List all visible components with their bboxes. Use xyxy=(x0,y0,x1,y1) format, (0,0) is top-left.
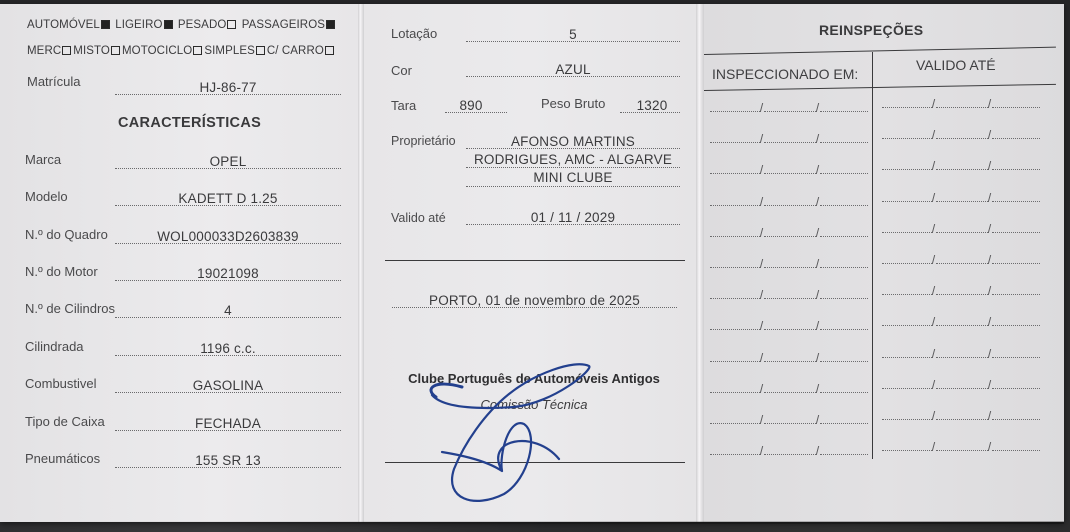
inspeccionado-em-field[interactable] xyxy=(710,100,868,112)
checkbox-automovel[interactable] xyxy=(101,20,110,29)
valido-ate-field[interactable] xyxy=(882,314,1040,326)
n-de-cilindros-label: N.º de Cilindros xyxy=(25,301,115,316)
checkbox-merc[interactable] xyxy=(62,46,71,55)
proprietario-value-line-3[interactable]: MINI CLUBE xyxy=(466,170,680,185)
checkbox-misto[interactable] xyxy=(111,46,120,55)
valido-ate-field[interactable] xyxy=(882,283,1040,295)
place-date[interactable]: PORTO, 01 de novembro de 2025 xyxy=(392,293,677,308)
checkbox-motociclo[interactable] xyxy=(193,46,202,55)
category-row-1: AUTOMÓVEL LIGEIRO PESADO PASSAGEIROS xyxy=(27,19,337,31)
valido-ate-field[interactable] xyxy=(882,127,1040,139)
table-top-line xyxy=(704,47,1056,55)
category-label: PESADO xyxy=(178,19,227,31)
valido-ate-value[interactable]: 01 / 11 / 2029 xyxy=(466,210,680,225)
n-do-quadro-value[interactable]: WOL000033D2603839 xyxy=(115,229,341,244)
vehicle-card: AUTOMÓVEL LIGEIRO PESADO PASSAGEIROS MER… xyxy=(0,4,1064,522)
n-de-cilindros-value[interactable]: 4 xyxy=(115,303,341,318)
valido-ate-field[interactable] xyxy=(882,346,1040,358)
valido-ate-field[interactable] xyxy=(882,158,1040,170)
inspeccionado-em-field[interactable] xyxy=(710,443,868,455)
matricula-label: Matrícula xyxy=(27,74,80,89)
valido-ate-field[interactable] xyxy=(882,252,1040,264)
inspeccionado-em-field[interactable] xyxy=(710,412,868,424)
left-panel: AUTOMÓVEL LIGEIRO PESADO PASSAGEIROS MER… xyxy=(0,4,358,522)
combustivel-value[interactable]: GASOLINA xyxy=(115,378,341,393)
reinspecoes-title: REINSPEÇÕES xyxy=(819,22,923,38)
lotacao-value[interactable]: 5 xyxy=(466,27,680,42)
proprietario-line-2 xyxy=(466,167,680,168)
peso-bruto-value[interactable]: 1320 xyxy=(622,98,682,113)
checkbox-ligeiro[interactable] xyxy=(164,20,173,29)
valido-ate-field[interactable] xyxy=(882,221,1040,233)
valido-ate-field[interactable] xyxy=(882,377,1040,389)
inspeccionado-em-field[interactable] xyxy=(710,194,868,206)
inspeccionado-em-field[interactable] xyxy=(710,350,868,362)
valido-ate-field[interactable] xyxy=(882,439,1040,451)
n-do-quadro-label: N.º do Quadro xyxy=(25,227,108,242)
tara-value[interactable]: 890 xyxy=(445,98,497,113)
middle-panel: Lotação 5 Cor AZUL Tara 890 Peso Bruto 1… xyxy=(364,4,694,522)
category-label: PASSAGEIROS xyxy=(242,19,325,31)
modelo-label: Modelo xyxy=(25,189,68,204)
pneuma-ticos-value[interactable]: 155 SR 13 xyxy=(115,453,341,468)
tipo-de-caixa-label: Tipo de Caixa xyxy=(25,414,105,429)
valido-ate-field[interactable] xyxy=(882,96,1040,108)
proprietario-line-3 xyxy=(466,186,680,187)
lotacao-label: Lotação xyxy=(391,26,437,41)
category-label: LIGEIRO xyxy=(115,19,162,31)
table-column-divider xyxy=(872,52,873,459)
pneuma-ticos-label: Pneumáticos xyxy=(25,451,100,466)
category-label: AUTOMÓVEL xyxy=(27,19,100,31)
fold-crease xyxy=(696,4,704,522)
category-label: C/ CARRO xyxy=(267,45,324,57)
cilindrada-value[interactable]: 1196 c.c. xyxy=(115,341,341,356)
signature-icon xyxy=(424,359,624,509)
inspeccionado-em-field[interactable] xyxy=(710,256,868,268)
modelo-value[interactable]: KADETT D 1.25 xyxy=(115,191,341,206)
tara-label: Tara xyxy=(391,98,416,113)
column-header-inspeccionado: INSPECCIONADO EM: xyxy=(712,66,858,82)
column-header-valido-ate: VALIDO ATÉ xyxy=(916,57,996,73)
category-label: SIMPLES xyxy=(204,45,255,57)
inspeccionado-em-field[interactable] xyxy=(710,131,868,143)
valido-ate-label: Valido até xyxy=(391,211,446,225)
inspeccionado-em-field[interactable] xyxy=(710,381,868,393)
inspeccionado-em-field[interactable] xyxy=(710,225,868,237)
checkbox-pesado[interactable] xyxy=(227,20,236,29)
combustivel-label: Combustivel xyxy=(25,376,97,391)
checkbox-simples[interactable] xyxy=(256,46,265,55)
proprietario-label: Proprietário xyxy=(391,134,456,148)
marca-label: Marca xyxy=(25,152,61,167)
category-label: MOTOCICLO xyxy=(122,45,192,57)
separator-line xyxy=(385,260,685,261)
proprietario-value-line-2[interactable]: RODRIGUES, AMC - ALGARVE xyxy=(466,152,680,167)
cor-label: Cor xyxy=(391,63,412,78)
matricula-value[interactable]: HJ-86-77 xyxy=(115,80,341,95)
n-do-motor-value[interactable]: 19021098 xyxy=(115,266,341,281)
table-header-line xyxy=(704,84,1056,91)
cilindrada-label: Cilindrada xyxy=(25,339,84,354)
valido-ate-field[interactable] xyxy=(882,408,1040,420)
right-panel: REINSPEÇÕES INSPECCIONADO EM: VALIDO ATÉ xyxy=(704,4,1064,522)
valido-ate-field[interactable] xyxy=(882,190,1040,202)
n-do-motor-label: N.º do Motor xyxy=(25,264,98,279)
cor-value[interactable]: AZUL xyxy=(466,62,680,77)
checkbox-passageiros[interactable] xyxy=(326,20,335,29)
tipo-de-caixa-value[interactable]: FECHADA xyxy=(115,416,341,431)
inspeccionado-em-field[interactable] xyxy=(710,162,868,174)
proprietario-value-line-1[interactable]: AFONSO MARTINS xyxy=(466,134,680,149)
peso-bruto-label: Peso Bruto xyxy=(541,96,605,111)
category-label: MERC xyxy=(27,45,61,57)
marca-value[interactable]: OPEL xyxy=(115,154,341,169)
category-label: MISTO xyxy=(73,45,110,57)
inspeccionado-em-field[interactable] xyxy=(710,318,868,330)
inspeccionado-em-field[interactable] xyxy=(710,287,868,299)
checkbox-c-carro[interactable] xyxy=(325,46,334,55)
section-title-caracteristicas: CARACTERÍSTICAS xyxy=(118,115,261,131)
category-row-2: MERCMISTOMOTOCICLOSIMPLESC/ CARRO xyxy=(27,45,336,57)
